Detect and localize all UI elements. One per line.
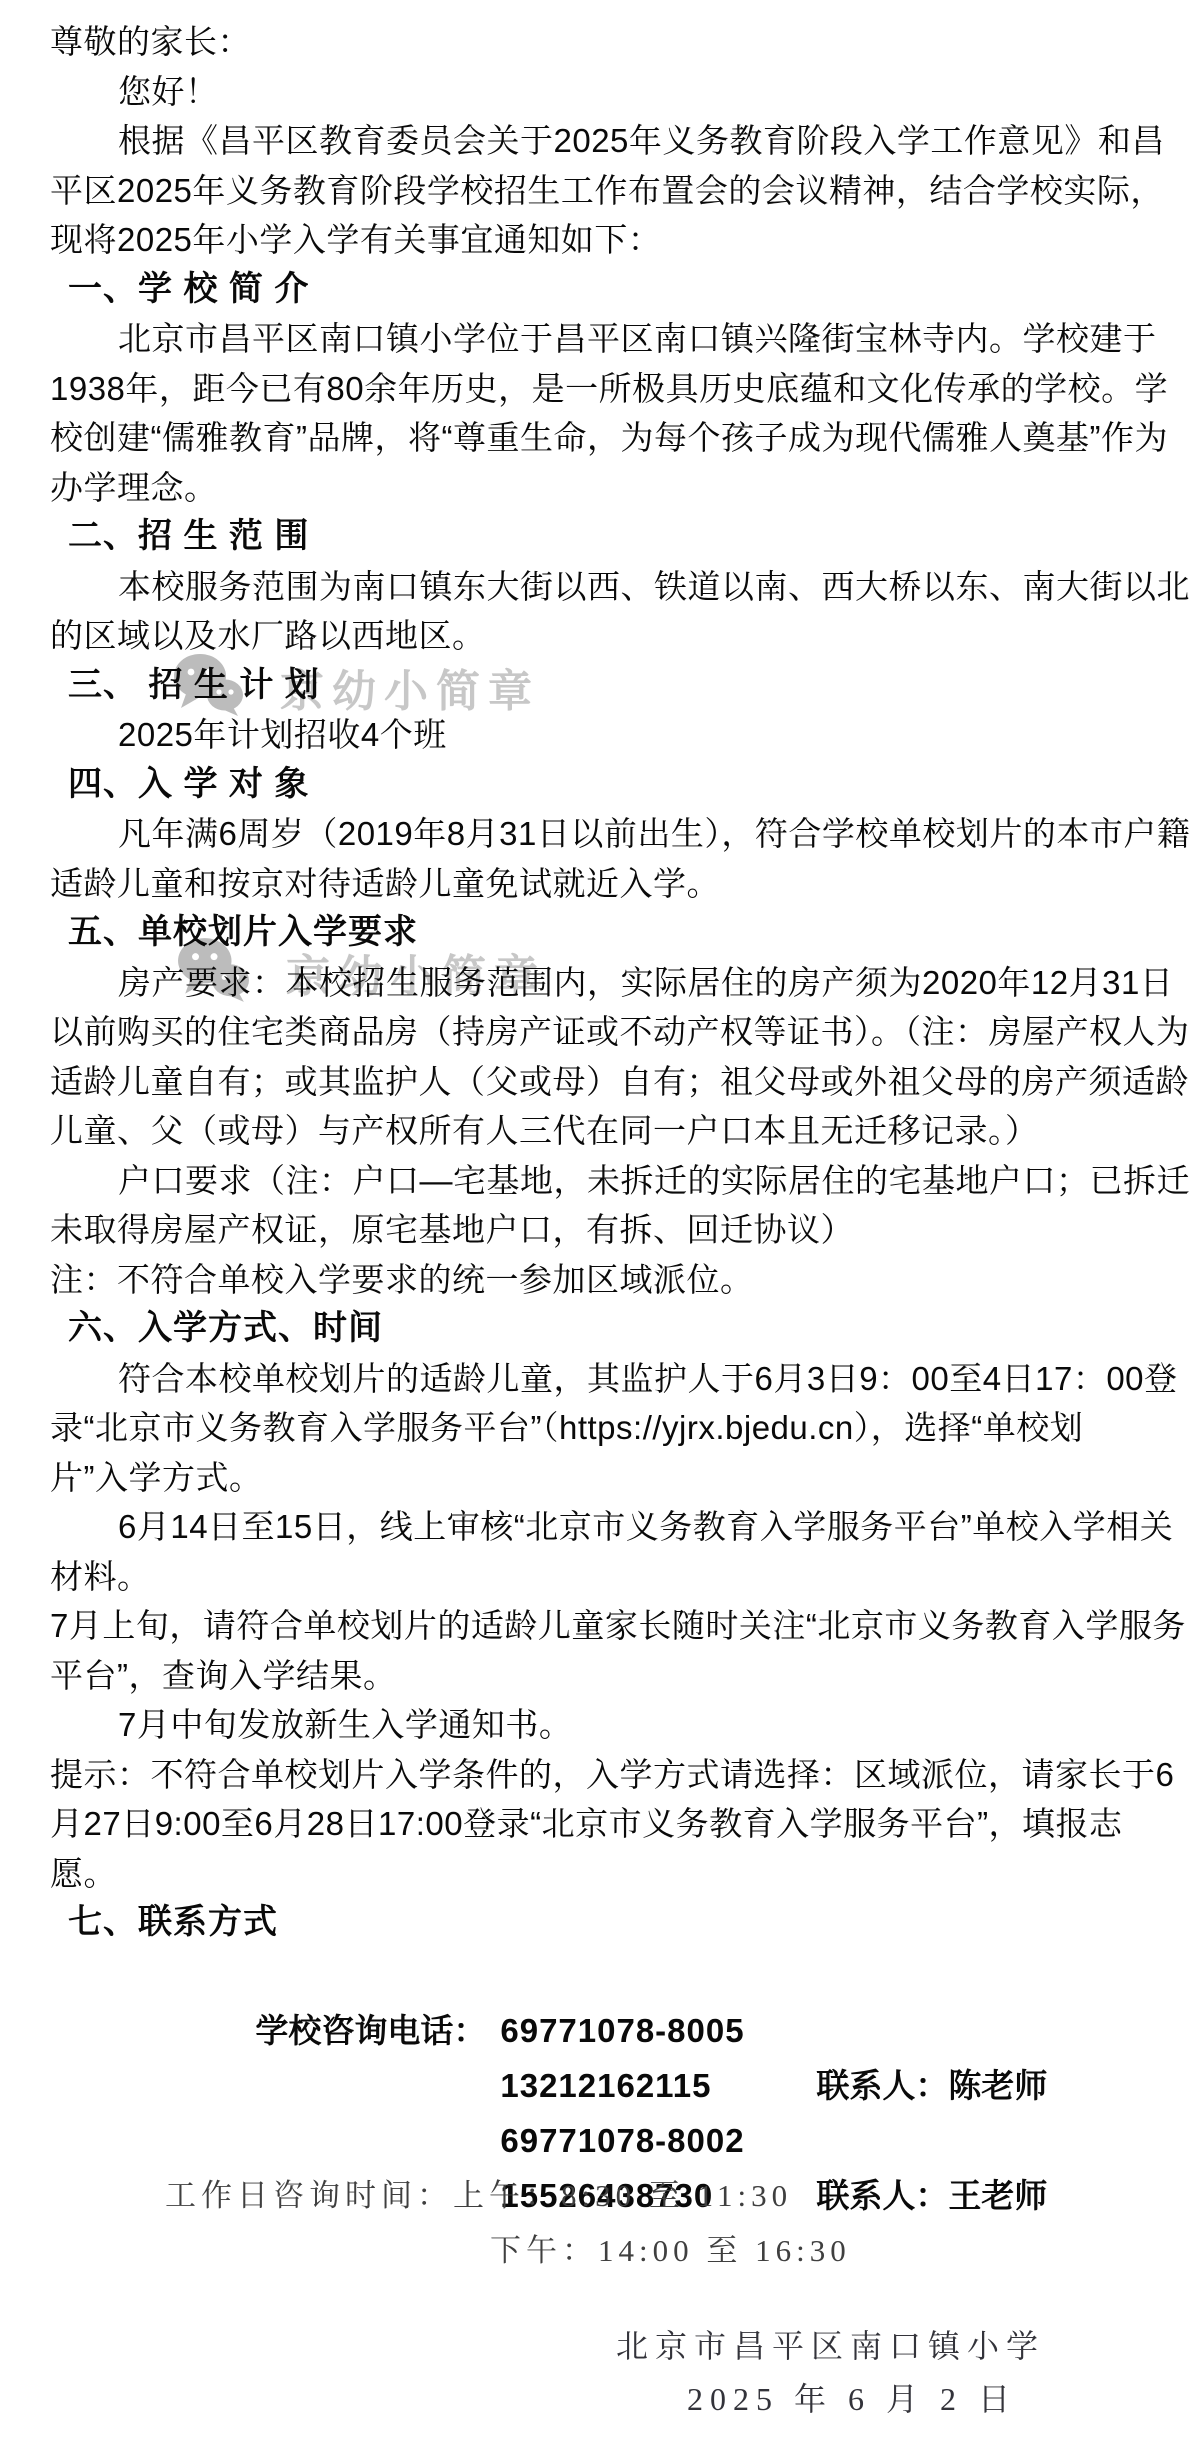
body-line: 片”入学方式。 xyxy=(50,1453,1150,1503)
section-heading: 一、学 校 简 介 xyxy=(50,265,1150,315)
section-heading: 四、入 学 对 象 xyxy=(50,760,1150,810)
body-line: 办学理念。 xyxy=(50,463,1150,513)
notice-body: 尊敬的家长： 您好！ 根据《昌平区教育委员会关于2025年义务教育阶段入学工作意… xyxy=(0,0,1200,2426)
body-line: 以前购买的住宅类商品房（持房产证或不动产权等证书）。（注：房屋产权人为 xyxy=(50,1007,1150,1057)
contact-row: 学校咨询电话：69771078-8005 xyxy=(50,1948,1150,2003)
contact-person: 联系人：陈老师 xyxy=(816,2058,1047,2113)
body-line: 录“北京市义务教育入学服务平台”（https://yjrx.bjedu.cn），… xyxy=(50,1403,1150,1453)
body-line: 的区域以及水厂路以西地区。 xyxy=(50,611,1150,661)
body-line: 注：不符合单校入学要求的统一参加区域派位。 xyxy=(50,1255,1150,1305)
body-line: 平区2025年义务教育阶段学校招生工作布置会的会议精神，结合学校实际， xyxy=(50,166,1150,216)
body-line: 7月上旬，请符合单校划片的适龄儿童家长随时关注“北京市义务教育入学服务 xyxy=(50,1601,1150,1651)
body-line: 2025年计划招收4个班 xyxy=(50,710,1150,760)
body-line: 凡年满6周岁（2019年8月31日以前出生），符合学校单校划片的本市户籍 xyxy=(50,809,1150,859)
contact-block: 学校咨询电话：69771078-8005 13212162115联系人：陈老师 … xyxy=(50,1948,1150,2278)
body-line: 适龄儿童自有；或其监护人（父或母）自有；祖父母或外祖父母的房产须适龄 xyxy=(50,1057,1150,1107)
body-line: 材料。 xyxy=(50,1552,1150,1602)
body-line: 愿。 xyxy=(50,1849,1150,1899)
body-line: 校创建“儒雅教育”品牌，将“尊重生命，为每个孩子成为现代儒雅人奠基”作为 xyxy=(50,413,1150,463)
body-line: 儿童、父（或母）与产权所有人三代在同一户口本且无迁移记录。） xyxy=(50,1106,1150,1156)
greeting: 您好！ xyxy=(50,67,1150,117)
section-heading: 五、单校划片入学要求 xyxy=(50,908,1150,958)
body-line: 北京市昌平区南口镇小学位于昌平区南口镇兴隆街宝林寺内。学校建于 xyxy=(50,314,1150,364)
body-line: 现将2025年小学入学有关事宜通知如下： xyxy=(50,215,1150,265)
section-heading: 六、入学方式、时间 xyxy=(50,1304,1150,1354)
signature-date: 2025 年 6 月 2 日 xyxy=(50,2373,1017,2426)
body-line: 平台”，查询入学结果。 xyxy=(50,1651,1150,1701)
sections: 一、学 校 简 介北京市昌平区南口镇小学位于昌平区南口镇兴隆街宝林寺内。学校建于… xyxy=(50,265,1150,1948)
signature-school: 北京市昌平区南口镇小学 xyxy=(50,2320,1045,2373)
body-line: 根据《昌平区教育委员会关于2025年义务教育阶段入学工作意见》和昌 xyxy=(50,116,1150,166)
body-line: 房产要求：本校招生服务范围内，实际居住的房产须为2020年12月31日 xyxy=(50,958,1150,1008)
body-line: 户口要求（注：户口—宅基地，未拆迁的实际居住的宅基地户口；已拆迁 xyxy=(50,1156,1150,1206)
section-heading: 三、 招 生 计 划 xyxy=(50,661,1150,711)
section-heading: 七、联系方式 xyxy=(50,1898,1150,1948)
body-line: 1938年，距今已有80余年历史，是一所极具历史底蕴和文化传承的学校。学 xyxy=(50,364,1150,414)
body-line: 月27日9:00至6月28日17:00登录“北京市义务教育入学服务平台”，填报志 xyxy=(50,1799,1150,1849)
contact-person: 联系人：王老师 xyxy=(816,2168,1047,2223)
phone-number: 69771078-8002 xyxy=(500,2113,816,2168)
body-line: 提示：不符合单校划片入学条件的，入学方式请选择：区域派位，请家长于6 xyxy=(50,1750,1150,1800)
body-line: 未取得房屋产权证，原宅基地户口，有拆、回迁协议） xyxy=(50,1205,1150,1255)
body-line: 适龄儿童和按京对待适龄儿童免试就近入学。 xyxy=(50,859,1150,909)
body-line: 7月中旬发放新生入学通知书。 xyxy=(50,1700,1150,1750)
document-page: 京幼小简章 京幼小简章 尊敬的家长： 您好！ 根据《昌平区教育委员会关于2025… xyxy=(0,0,1200,2452)
body-line: 本校服务范围为南口镇东大街以西、铁道以南、西大桥以东、南大街以北 xyxy=(50,562,1150,612)
section-heading: 二、招 生 范 围 xyxy=(50,512,1150,562)
phone-number: 69771078-8005 xyxy=(500,2003,816,2058)
intro-paragraph: 根据《昌平区教育委员会关于2025年义务教育阶段入学工作意见》和昌平区2025年… xyxy=(50,116,1150,265)
body-line: 符合本校单校划片的适龄儿童，其监护人于6月3日9：00至4日17：00登 xyxy=(50,1354,1150,1404)
salutation: 尊敬的家长： xyxy=(50,17,1150,67)
phone-number: 13212162115 xyxy=(500,2058,816,2113)
body-line: 6月14日至15日，线上审核“北京市义务教育入学服务平台”单校入学相关 xyxy=(50,1502,1150,1552)
phone-label: 学校咨询电话： xyxy=(255,2003,500,2058)
